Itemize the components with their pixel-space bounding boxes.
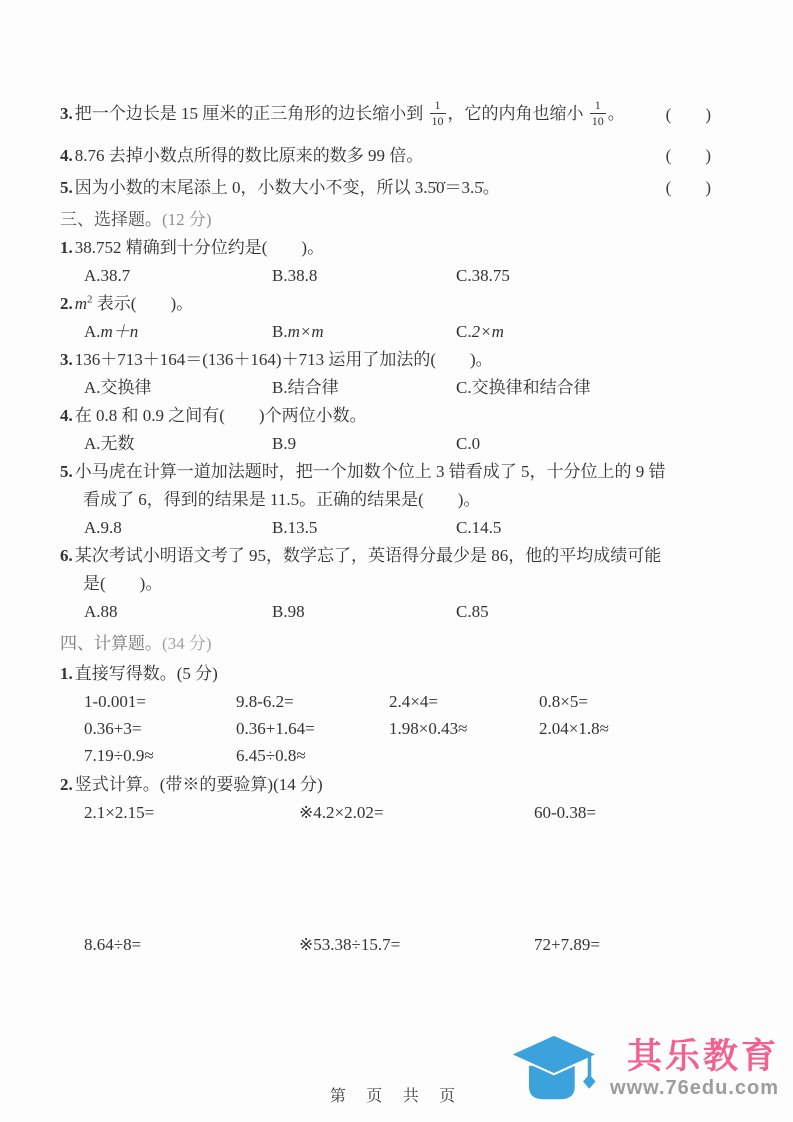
oral-problem: 0.36+1.64= xyxy=(236,715,389,742)
judge-item-3-pre: 把一个边长是 15 厘米的正三角形的边长缩小到 xyxy=(75,104,424,123)
exam-page: 3.把一个边长是 15 厘米的正三角形的边长缩小到 110，它的内角也缩小 11… xyxy=(0,0,793,1122)
option-b: B.9 xyxy=(272,430,456,458)
option-a: A.88 xyxy=(84,598,272,626)
fraction-denominator: 10 xyxy=(430,114,446,128)
choice-q1-text: 38.752 精确到十分位约是( )。 xyxy=(75,238,324,257)
question-number: 1. xyxy=(60,238,73,257)
option-label: C. xyxy=(456,322,472,341)
option-a: A.38.7 xyxy=(84,262,272,290)
choice-q5-text: 小马虎在计算一道加法题时，把一个加数个位上 3 错看成了 5，十分位上的 9 错… xyxy=(75,462,666,509)
option-c: C.14.5 xyxy=(456,514,711,542)
vertical-calc-title: 2.竖式计算。(带※的要验算)(14 分) xyxy=(60,771,711,799)
choice-section: 三、选择题。(12 分) 1.38.752 精确到十分位约是( )。 A.38.… xyxy=(60,206,711,626)
vertical-problem: 2.1×2.15= xyxy=(84,799,299,827)
choice-q3-text: 136＋713＋164＝(136＋164)＋713 运用了加法的( )。 xyxy=(75,350,493,369)
choice-q6-stem: 6.某次考试小明语文考了 95，数学忘了，英语得分最少是 86，他的平均成绩可能… xyxy=(60,542,670,598)
oral-problem: 1.98×0.43≈ xyxy=(389,715,539,742)
brand-url: www.76edu.com xyxy=(610,1077,779,1099)
vertical-calc-title-text: 竖式计算。(带※的要验算)(14 分) xyxy=(75,775,323,794)
question-number: 3. xyxy=(60,104,73,123)
option-c: C.0 xyxy=(456,430,711,458)
judge-item-4: 4.8.76 去掉小数点所得的数比原来的数多 99 倍。 ( ) xyxy=(60,142,711,170)
question-number: 5. xyxy=(60,178,73,197)
question-number: 6. xyxy=(60,546,73,565)
choice-heading-text: 三、选择题。 xyxy=(60,210,162,229)
oral-calc-row-3: 7.19÷0.9≈ 6.45÷0.8≈ xyxy=(84,742,711,769)
fraction-one-tenth: 110 xyxy=(430,98,446,128)
oral-problem: 0.36+3= xyxy=(84,715,236,742)
question-number: 3. xyxy=(60,350,73,369)
choice-q2-options: A.m＋n B.m×m C.2×m xyxy=(84,318,711,346)
choice-q6-text: 某次考试小明语文考了 95，数学忘了，英语得分最少是 86，他的平均成绩可能是(… xyxy=(75,546,662,593)
option-a: A.9.8 xyxy=(84,514,272,542)
choice-q1-options: A.38.7 B.38.8 C.38.75 xyxy=(84,262,711,290)
graduation-cap-icon xyxy=(504,1026,608,1110)
choice-q2-stem: 2.m2 表示( )。 xyxy=(60,290,670,318)
option-math: 2×m xyxy=(472,322,504,341)
judge-section: 3.把一个边长是 15 厘米的正三角形的边长缩小到 110，它的内角也缩小 11… xyxy=(60,90,711,202)
option-math: m＋n xyxy=(101,322,139,341)
brand-text-block: 其乐教育 www.76edu.com xyxy=(610,1037,779,1099)
choice-section-heading: 三、选择题。(12 分) xyxy=(60,206,711,234)
fraction-numerator: 1 xyxy=(590,98,606,113)
option-b: B.结合律 xyxy=(272,374,456,402)
choice-heading-score: (12 分) xyxy=(162,210,212,229)
oral-problem: 9.8-6.2= xyxy=(236,688,389,715)
choice-q4-text: 在 0.8 和 0.9 之间有( )个两位小数。 xyxy=(75,406,367,425)
oral-calc-title-text: 直接写得数。(5 分) xyxy=(75,664,218,683)
calc-heading-text: 四、计算题。 xyxy=(60,634,162,653)
vertical-problem: 72+7.89= xyxy=(534,931,711,959)
question-number: 4. xyxy=(60,146,73,165)
oral-problem: 2.04×1.8≈ xyxy=(539,715,711,742)
oral-problem: 7.19÷0.9≈ xyxy=(84,742,236,769)
question-number: 4. xyxy=(60,406,73,425)
option-math: m×m xyxy=(288,322,324,341)
option-c: C.2×m xyxy=(456,318,711,346)
part-number: 2. xyxy=(60,775,73,794)
choice-q5-stem: 5.小马虎在计算一道加法题时，把一个加数个位上 3 错看成了 5，十分位上的 9… xyxy=(60,458,670,514)
option-b: B.98 xyxy=(272,598,456,626)
judge-item-5: 5.因为小数的末尾添上 0，小数大小不变，所以 3.5̇0̇＝3.5̇。 ( ) xyxy=(60,174,711,202)
brand-logo: 其乐教育 www.76edu.com xyxy=(504,1026,779,1110)
vertical-problem: 60-0.38= xyxy=(534,799,711,827)
answer-bracket: ( ) xyxy=(666,142,711,170)
choice-q1-stem: 1.38.752 精确到十分位约是( )。 xyxy=(60,234,670,262)
oral-problem: 0.8×5= xyxy=(539,688,711,715)
math-variable: m xyxy=(75,294,87,313)
oral-problem: 1-0.001= xyxy=(84,688,236,715)
brand-name: 其乐教育 xyxy=(627,1037,779,1077)
option-c: C.交换律和结合律 xyxy=(456,374,711,402)
vertical-problem: 8.64÷8= xyxy=(84,931,299,959)
option-a: A.交换律 xyxy=(84,374,272,402)
oral-problem: 6.45÷0.8≈ xyxy=(236,742,389,769)
option-c: C.85 xyxy=(456,598,711,626)
question-number: 2. xyxy=(60,294,73,313)
choice-q3-stem: 3.136＋713＋164＝(136＋164)＋713 运用了加法的( )。 xyxy=(60,346,670,374)
option-a: A.m＋n xyxy=(84,318,272,346)
option-c: C.38.75 xyxy=(456,262,711,290)
part-number: 1. xyxy=(60,664,73,683)
option-b: B.38.8 xyxy=(272,262,456,290)
vertical-calc-row-2: 8.64÷8= ※53.38÷15.7= 72+7.89= xyxy=(84,931,711,959)
oral-problem: 2.4×4= xyxy=(389,688,539,715)
choice-q6-options: A.88 B.98 C.85 xyxy=(84,598,711,626)
judge-item-3-text: 3.把一个边长是 15 厘米的正三角形的边长缩小到 110，它的内角也缩小 11… xyxy=(60,100,654,130)
calc-heading-score: (34 分) xyxy=(162,634,212,653)
judge-item-3-post: 。 xyxy=(608,104,625,123)
oral-calc-row-1: 1-0.001= 9.8-6.2= 2.4×4= 0.8×5= xyxy=(84,688,711,715)
choice-q5-options: A.9.8 B.13.5 C.14.5 xyxy=(84,514,711,542)
fraction-numerator: 1 xyxy=(430,98,446,113)
fraction-one-tenth: 110 xyxy=(590,98,606,128)
vertical-problem: ※4.2×2.02= xyxy=(299,799,534,827)
option-label: A. xyxy=(84,322,101,341)
vertical-calc-row-1: 2.1×2.15= ※4.2×2.02= 60-0.38= xyxy=(84,799,711,827)
option-a: A.无数 xyxy=(84,430,272,458)
choice-q4-stem: 4.在 0.8 和 0.9 之间有( )个两位小数。 xyxy=(60,402,670,430)
judge-item-4-text: 4.8.76 去掉小数点所得的数比原来的数多 99 倍。 xyxy=(60,142,654,170)
judge-item-5-body: 因为小数的末尾添上 0，小数大小不变，所以 3.5̇0̇＝3.5̇。 xyxy=(75,178,500,197)
judge-item-3-mid: ，它的内角也缩小 xyxy=(448,104,584,123)
oral-calc-row-2: 0.36+3= 0.36+1.64= 1.98×0.43≈ 2.04×1.8≈ xyxy=(84,715,711,742)
answer-bracket: ( ) xyxy=(666,174,711,202)
calc-section: 四、计算题。(34 分) 1.直接写得数。(5 分) 1-0.001= 9.8-… xyxy=(60,630,711,959)
question-number: 5. xyxy=(60,462,73,481)
oral-calc-title: 1.直接写得数。(5 分) xyxy=(60,660,711,688)
choice-q3-options: A.交换律 B.结合律 C.交换律和结合律 xyxy=(84,374,711,402)
judge-item-5-text: 5.因为小数的末尾添上 0，小数大小不变，所以 3.5̇0̇＝3.5̇。 xyxy=(60,174,654,202)
vertical-problem: ※53.38÷15.7= xyxy=(299,931,534,959)
answer-bracket: ( ) xyxy=(666,101,711,129)
option-b: B.m×m xyxy=(272,318,456,346)
option-b: B.13.5 xyxy=(272,514,456,542)
fraction-denominator: 10 xyxy=(590,114,606,128)
calc-section-heading: 四、计算题。(34 分) xyxy=(60,630,711,658)
choice-q2-text: 表示( )。 xyxy=(93,294,194,313)
option-label: B. xyxy=(272,322,288,341)
judge-item-3: 3.把一个边长是 15 厘米的正三角形的边长缩小到 110，它的内角也缩小 11… xyxy=(60,90,711,140)
judge-item-4-body: 8.76 去掉小数点所得的数比原来的数多 99 倍。 xyxy=(75,146,424,165)
choice-q4-options: A.无数 B.9 C.0 xyxy=(84,430,711,458)
